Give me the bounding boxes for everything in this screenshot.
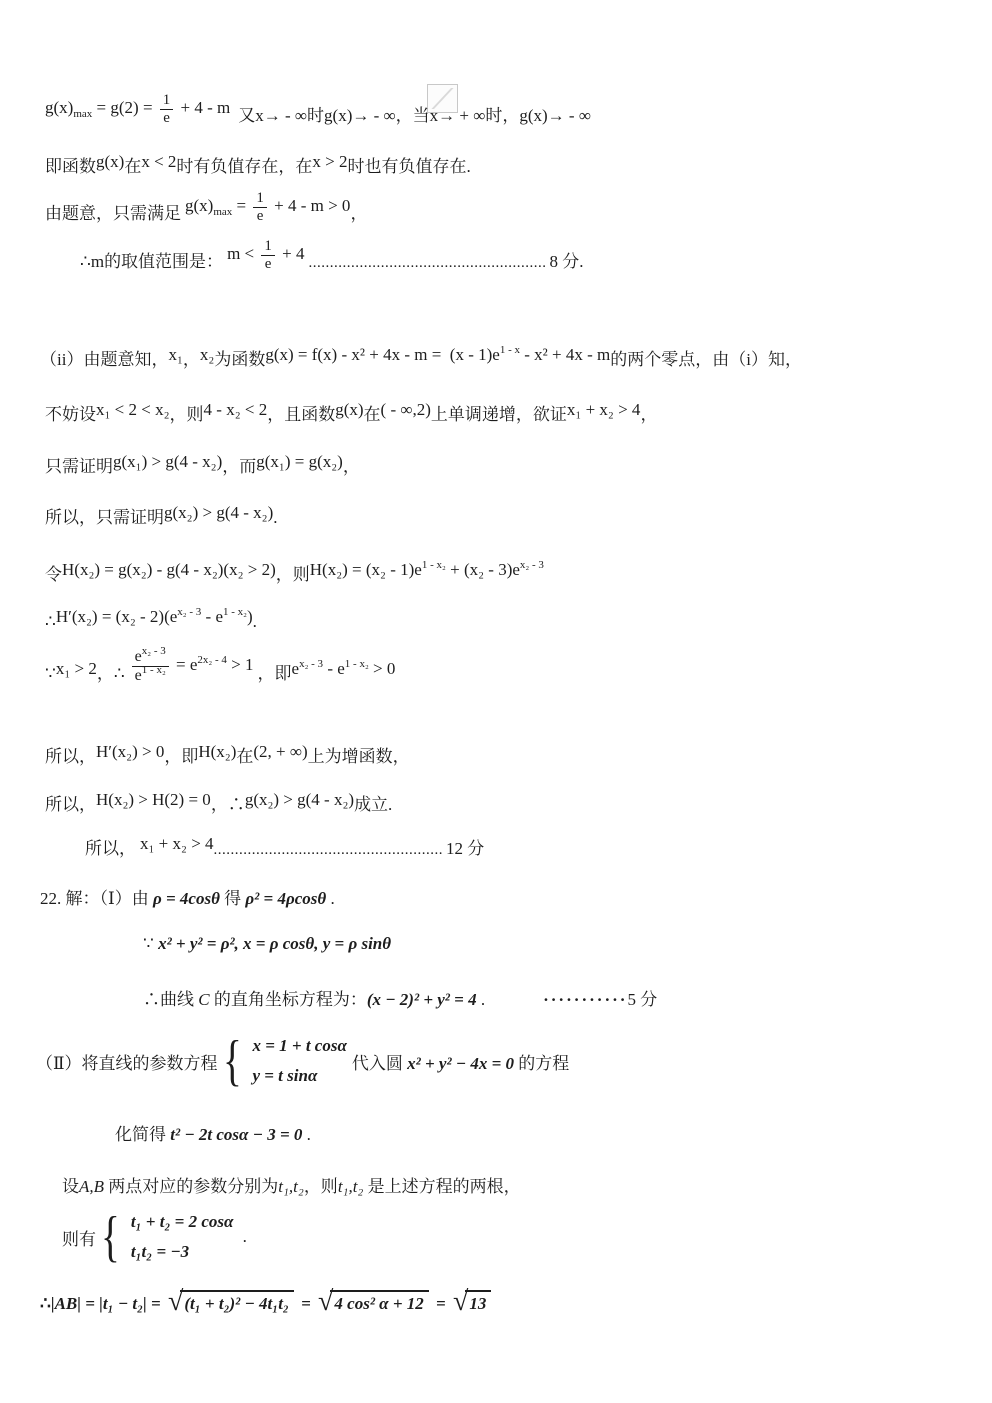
math-seg: x₁ > 2	[56, 659, 97, 678]
cn-text: ，	[343, 457, 360, 476]
exp-sup: 2x₂ - 4	[197, 654, 227, 666]
math-seg: ρ² = 4ρcosθ	[245, 889, 326, 908]
equation-system: {t₁ + t₂ = 2 cosαt₁t₂ = −3	[101, 1212, 233, 1262]
math-seg: - e	[201, 607, 223, 626]
cn-text: 22. 解：（Ⅰ）由	[40, 889, 153, 908]
cn-text: .	[326, 889, 335, 908]
line-g-max: g(x)max = g(2) = 1e + 4 - m 又x→ - ∞时g(x)…	[45, 92, 591, 126]
math-seg: g(x)	[96, 152, 124, 171]
formula-H: H(x₂) = (x₂ - 1)e1 - x₂ + (x₂ - 3)ex₂ - …	[310, 560, 544, 579]
fraction: 1e	[160, 92, 174, 126]
cn-text: 所以，	[45, 795, 96, 814]
cn-text: 在	[124, 157, 141, 176]
math-seg: =	[432, 1294, 450, 1314]
sub-label: max	[213, 206, 232, 218]
line-AB-length: ∴ |AB| = |t₁ − t₂| = √(t₁ + t₂)² − 4t₁t₂…	[40, 1290, 494, 1314]
cn-text: 是上述方程的两根，	[363, 1177, 520, 1196]
math-seg: 4 - x₂ < 2	[204, 400, 268, 419]
cn-text: ，即	[164, 747, 198, 766]
system-rows: x = 1 + t cosαy = t sinα	[252, 1036, 346, 1086]
cn-text: ，则	[304, 1177, 338, 1196]
math-seg: A,B	[79, 1177, 104, 1196]
math-seg: e	[135, 667, 142, 684]
math-seg: = e	[172, 655, 198, 674]
line-H-derivative: ∴H′(x₂) = (x₂ - 2)(ex₂ - 3 - e1 - x₂).	[45, 612, 257, 632]
line-part2-substitute: （Ⅱ）将直线的参数方程 {x = 1 + t cosαy = t sinα 代入…	[36, 1036, 569, 1086]
math-seg: ρ = 4cosθ	[153, 889, 220, 908]
cn-text: 则有	[62, 1225, 96, 1250]
line-ii-intro: （ii）由题意知，x₁，x₂为函数g(x) = f(x) - x² + 4x -…	[40, 345, 802, 370]
math-seg: =	[297, 1294, 315, 1314]
left-brace-icon: {	[101, 1212, 120, 1262]
line-rect-equation: ∴曲线 C 的直角坐标方程为：(x − 2)² + y² = 4 .······…	[143, 985, 657, 1010]
cn-text: .	[238, 1227, 247, 1247]
because-symbol: ∵	[45, 664, 56, 683]
fraction: 1e	[253, 190, 267, 224]
math-seg: - e	[323, 659, 345, 678]
math-seg: + 4 - m > 0	[270, 196, 351, 215]
cn-text-limits: 又x→ - ∞时g(x)→ - ∞，当x→ + ∞时，g(x)→ - ∞	[238, 101, 591, 126]
math-seg: e	[135, 648, 142, 665]
cn-text: .	[253, 612, 257, 631]
math-seg: + 4 - m	[176, 98, 230, 117]
cn-text: ，则	[276, 565, 310, 584]
cn-text: 所以，	[45, 747, 96, 766]
cn-text: 由题意，只需满足	[45, 199, 181, 224]
math-seg: > 1	[227, 655, 254, 674]
cn-text: 得	[220, 889, 246, 908]
line-simplified: 化简得 t² − 2t cosα − 3 = 0 .	[115, 1120, 311, 1145]
math-seg: e	[292, 659, 300, 678]
exp-sup: x₂ - 3	[142, 645, 166, 657]
line-polar-identities: ∵ x² + y² = ρ², x = ρ cosθ, y = ρ sinθ	[143, 934, 391, 954]
cn-text: 在	[364, 405, 381, 424]
math-seg: )	[247, 607, 253, 626]
math-seg: =	[232, 196, 250, 215]
math-seg: x > 2	[312, 152, 347, 171]
cn-text: ，则	[170, 405, 204, 424]
cn-text: 所以，	[85, 834, 136, 859]
formula-gmax-positive: g(x)max = 1e + 4 - m > 0	[185, 190, 350, 224]
cn-text: 的两个零点，由（i）知，	[610, 350, 802, 369]
score-label: 8 分.	[549, 247, 583, 272]
cn-text: 上为增函数，	[308, 747, 410, 766]
sqrt-content: 13	[465, 1290, 491, 1314]
math-seg: H(x₂) = g(x₂) - g(4 - x₂)(x₂ > 2)	[62, 560, 276, 579]
therefore-symbol: ∴	[45, 612, 56, 631]
line-condition: 由题意，只需满足 g(x)max = 1e + 4 - m > 0 ，	[45, 190, 367, 224]
math-seg: x² + y² − 4x = 0	[407, 1054, 514, 1073]
cn-text: （ii）由题意知，	[40, 350, 168, 369]
math-seg: t₁,t₂	[338, 1177, 364, 1196]
sqrt-content: (t₁ + t₂)² − 4t₁t₂	[180, 1290, 294, 1314]
math-seg: H(x₂) > H(2) = 0	[96, 790, 211, 809]
line-vieta-intro: 设A,B 两点对应的参数分别为t₁,t₂，则t₁,t₂ 是上述方程的两根，	[62, 1172, 521, 1197]
line-exp-fraction: ∵x₁ > 2，∴ ex₂ - 3e1 - x₂ = e2x₂ - 4 > 1 …	[45, 648, 395, 684]
cn-text: ，∴	[211, 795, 245, 814]
formula-m-bound: m < 1e + 4	[227, 238, 304, 272]
math-seg: x₂	[200, 345, 214, 364]
math-seg: y = t sinα	[252, 1066, 346, 1086]
math-seg: |AB| = |t₁ − t₂| =	[51, 1294, 165, 1314]
exp-sup: 1 - x₂	[223, 606, 247, 618]
equation-system: {x = 1 + t cosαy = t sinα	[223, 1036, 347, 1086]
cn-text: 两点对应的参数分别为	[104, 1177, 278, 1196]
math-seg: x₁ + x₂ > 4	[140, 834, 214, 854]
line-m-range: ∴m的取值范围是： m < 1e + 4 ...................…	[80, 238, 583, 272]
frac-den: e1 - x₂	[132, 667, 169, 685]
cn-text: ，	[183, 350, 200, 369]
therefore-symbol: ∴	[40, 1294, 51, 1314]
math-seg: (2, + ∞)	[253, 742, 307, 761]
cn-text: 代入圆	[352, 1054, 407, 1073]
math-seg: m	[91, 252, 104, 271]
line-H-positive: 所以，H(x₂) > H(2) = 0，∴g(x₂) > g(4 - x₂)成立…	[45, 790, 392, 815]
math-seg: H(x₂) = (x₂ - 1)e	[310, 560, 422, 579]
line-assume: 不妨设x₁ < 2 < x₂，则4 - x₂ < 2，且函数g(x)在( - ∞…	[45, 400, 657, 425]
math-seg: H(x₂)	[198, 742, 236, 761]
math-seg: x₁ + x₂ > 4	[567, 400, 641, 419]
fraction: 1e	[261, 238, 275, 272]
math-seg: + 4	[278, 244, 305, 263]
line-vieta-system: 则有 {t₁ + t₂ = 2 cosαt₁t₂ = −3 .	[62, 1212, 247, 1262]
sqrt-expression: √4 cos² α + 12	[318, 1290, 429, 1314]
cn-text: .	[273, 508, 277, 527]
math-seg: g(x₁) = g(x₂)	[256, 452, 343, 471]
cn-text: .	[477, 990, 486, 1009]
cn-text: ，且函数	[267, 405, 335, 424]
frac-num: 1	[261, 238, 275, 256]
cn-text: 只需证明	[45, 457, 113, 476]
score-label: 12 分	[446, 834, 484, 859]
formula-exp-diff: ，即ex₂ - 3 - e1 - x₂ > 0	[258, 659, 396, 684]
frac-num: 1	[253, 190, 267, 208]
exp-sup: 1 - x	[500, 344, 520, 356]
frac-num: 1	[160, 92, 174, 110]
cn-text: ，∴	[97, 664, 125, 683]
cn-text: 不妨设	[45, 405, 96, 424]
math-seg: t₁t₂ = −3	[131, 1242, 234, 1262]
exp-sup: x₂ - 3	[299, 658, 323, 670]
math-seg: x = 1 + t cosα	[252, 1036, 346, 1056]
line-prove-2: 所以，只需证明g(x₂) > g(4 - x₂).	[45, 503, 278, 528]
math-seg: g(x)	[45, 98, 73, 117]
cn-text: 上单调递增，欲证	[431, 405, 567, 424]
math-seg: g(x₁) > g(4 - x₂)	[113, 452, 222, 471]
cn-text: 即函数	[45, 157, 96, 176]
math-seg: g(x₂) > g(4 - x₂)	[245, 790, 354, 809]
cn-text: 的取值范围是：	[104, 252, 223, 271]
system-rows: t₁ + t₂ = 2 cosαt₁t₂ = −3	[131, 1212, 234, 1262]
math-seg: g(x₂) > g(4 - x₂)	[164, 503, 273, 522]
cn-text: ，即	[258, 664, 292, 683]
cn-text: ∴曲线	[143, 990, 198, 1009]
cn-text: （Ⅱ）将直线的参数方程	[36, 1049, 218, 1074]
math-seg: = g(2) =	[92, 98, 157, 117]
cn-text: .	[302, 1125, 311, 1144]
formula-H-prime: H′(x₂) = (x₂ - 2)(ex₂ - 3 - e1 - x₂)	[56, 607, 253, 626]
math-seg: > 0	[369, 659, 396, 678]
document-page: g(x)max = g(2) = 1e + 4 - m 又x→ - ∞时g(x)…	[0, 0, 992, 1403]
math-seg: C	[198, 990, 209, 1009]
cn-text: 为函数	[214, 350, 265, 369]
sqrt-expression: √(t₁ + t₂)² − 4t₁t₂	[168, 1290, 294, 1314]
math-seg: t² − 2t cosα − 3 = 0	[170, 1125, 302, 1144]
cn-text: 时有负值存在，在	[176, 157, 312, 176]
math-seg: t₁ + t₂ = 2 cosα	[131, 1212, 234, 1232]
exp-sup: x₂ - 3	[520, 559, 544, 571]
math-seg: + (x₂ - 3)e	[446, 560, 520, 579]
line-conclusion: 所以， x₁ + x₂ > 4 ........................…	[85, 834, 484, 859]
cn-text: ∴m的取值范围是：	[80, 247, 223, 272]
cn-text: ，	[640, 405, 657, 424]
cn-text: 的方程	[514, 1054, 569, 1073]
line-negative-values: 即函数g(x)在x < 2时有负值存在，在x > 2时也有负值存在.	[45, 152, 471, 177]
sqrt-content: 4 cos² α + 12	[330, 1290, 428, 1314]
frac-den: e	[160, 110, 174, 127]
therefore-symbol: ∴	[80, 252, 91, 271]
math-seg: H′(x₂) = (x₂ - 2)(e	[56, 607, 177, 626]
frac-den: e	[253, 208, 267, 225]
score-label: 5 分	[627, 990, 657, 1009]
cn-text: ∵x₁ > 2，∴	[45, 659, 125, 684]
math-seg: x < 2	[141, 152, 176, 171]
math-seg: H′(x₂) > 0	[96, 742, 164, 761]
dots-leader: ........................................…	[214, 842, 444, 859]
math-seg: g(x)	[185, 196, 213, 215]
math-seg: (x − 2)² + y² = 4	[367, 990, 477, 1009]
math-seg: g(x) = f(x) - x² + 4x - m = (x - 1)e	[265, 345, 500, 364]
dots-leader: ........................................…	[308, 255, 546, 272]
math-seg: g(x)	[335, 400, 363, 419]
left-brace-icon: {	[223, 1036, 242, 1086]
cn-text: ，	[350, 199, 367, 224]
exp-sup: 1 - x₂	[422, 559, 446, 571]
cn-text: 令	[45, 565, 62, 584]
exp-sup: 1 - x₂	[345, 658, 369, 670]
cn-text-wrap: 代入圆 x² + y² − 4x = 0 的方程	[352, 1049, 569, 1074]
exp-sup: 1 - x₂	[142, 664, 166, 676]
because-symbol: ∵	[143, 934, 158, 953]
cn-text: 的直角坐标方程为：	[210, 990, 367, 1009]
line-22-part1: 22. 解：（Ⅰ）由 ρ = 4cosθ 得 ρ² = 4ρcosθ .	[40, 884, 335, 909]
exp-sup: x₂ - 3	[177, 606, 201, 618]
frac-den: e	[261, 256, 275, 273]
cn-text: 在	[236, 747, 253, 766]
sqrt-expression: √13	[453, 1290, 491, 1314]
line-H-increasing: 所以，H′(x₂) > 0，即H(x₂)在(2, + ∞)上为增函数，	[45, 742, 410, 767]
cn-text: 成立.	[354, 795, 392, 814]
math-seg: t₁,t₂	[278, 1177, 304, 1196]
line-prove-1: 只需证明g(x₁) > g(4 - x₂)，而g(x₁) = g(x₂)，	[45, 452, 360, 477]
cn-text: 所以，只需证明	[45, 508, 164, 527]
formula-gmax: g(x)max = g(2) = 1e + 4 - m	[45, 92, 230, 126]
cn-text: 化简得	[115, 1125, 170, 1144]
cn-text: 设	[62, 1177, 79, 1196]
dots-leader: ···········	[543, 990, 627, 1009]
math-seg: - x² + 4x - m	[520, 345, 610, 364]
math-seg: m <	[227, 244, 258, 263]
fraction: ex₂ - 3e1 - x₂	[132, 648, 169, 684]
line-define-H: 令H(x₂) = g(x₂) - g(4 - x₂)(x₂ > 2)，则H(x₂…	[45, 560, 544, 585]
math-seg: x² + y² = ρ², x = ρ cosθ, y = ρ sinθ	[158, 934, 391, 953]
cn-text: ，而	[222, 457, 256, 476]
sub-label: max	[73, 108, 92, 120]
math-seg: x₁	[168, 345, 182, 364]
cn-text: 时也有负值存在.	[348, 157, 471, 176]
formula-zero-points: g(x) = f(x) - x² + 4x - m = (x - 1)e1 - …	[265, 345, 610, 364]
math-seg: ( - ∞,2)	[381, 400, 431, 419]
math-seg: x₁ < 2 < x₂	[96, 400, 170, 419]
math-wrap: ex₂ - 3 - e1 - x₂ > 0	[292, 659, 396, 678]
formula-exp-ratio: ex₂ - 3e1 - x₂ = e2x₂ - 4 > 1	[129, 648, 254, 684]
